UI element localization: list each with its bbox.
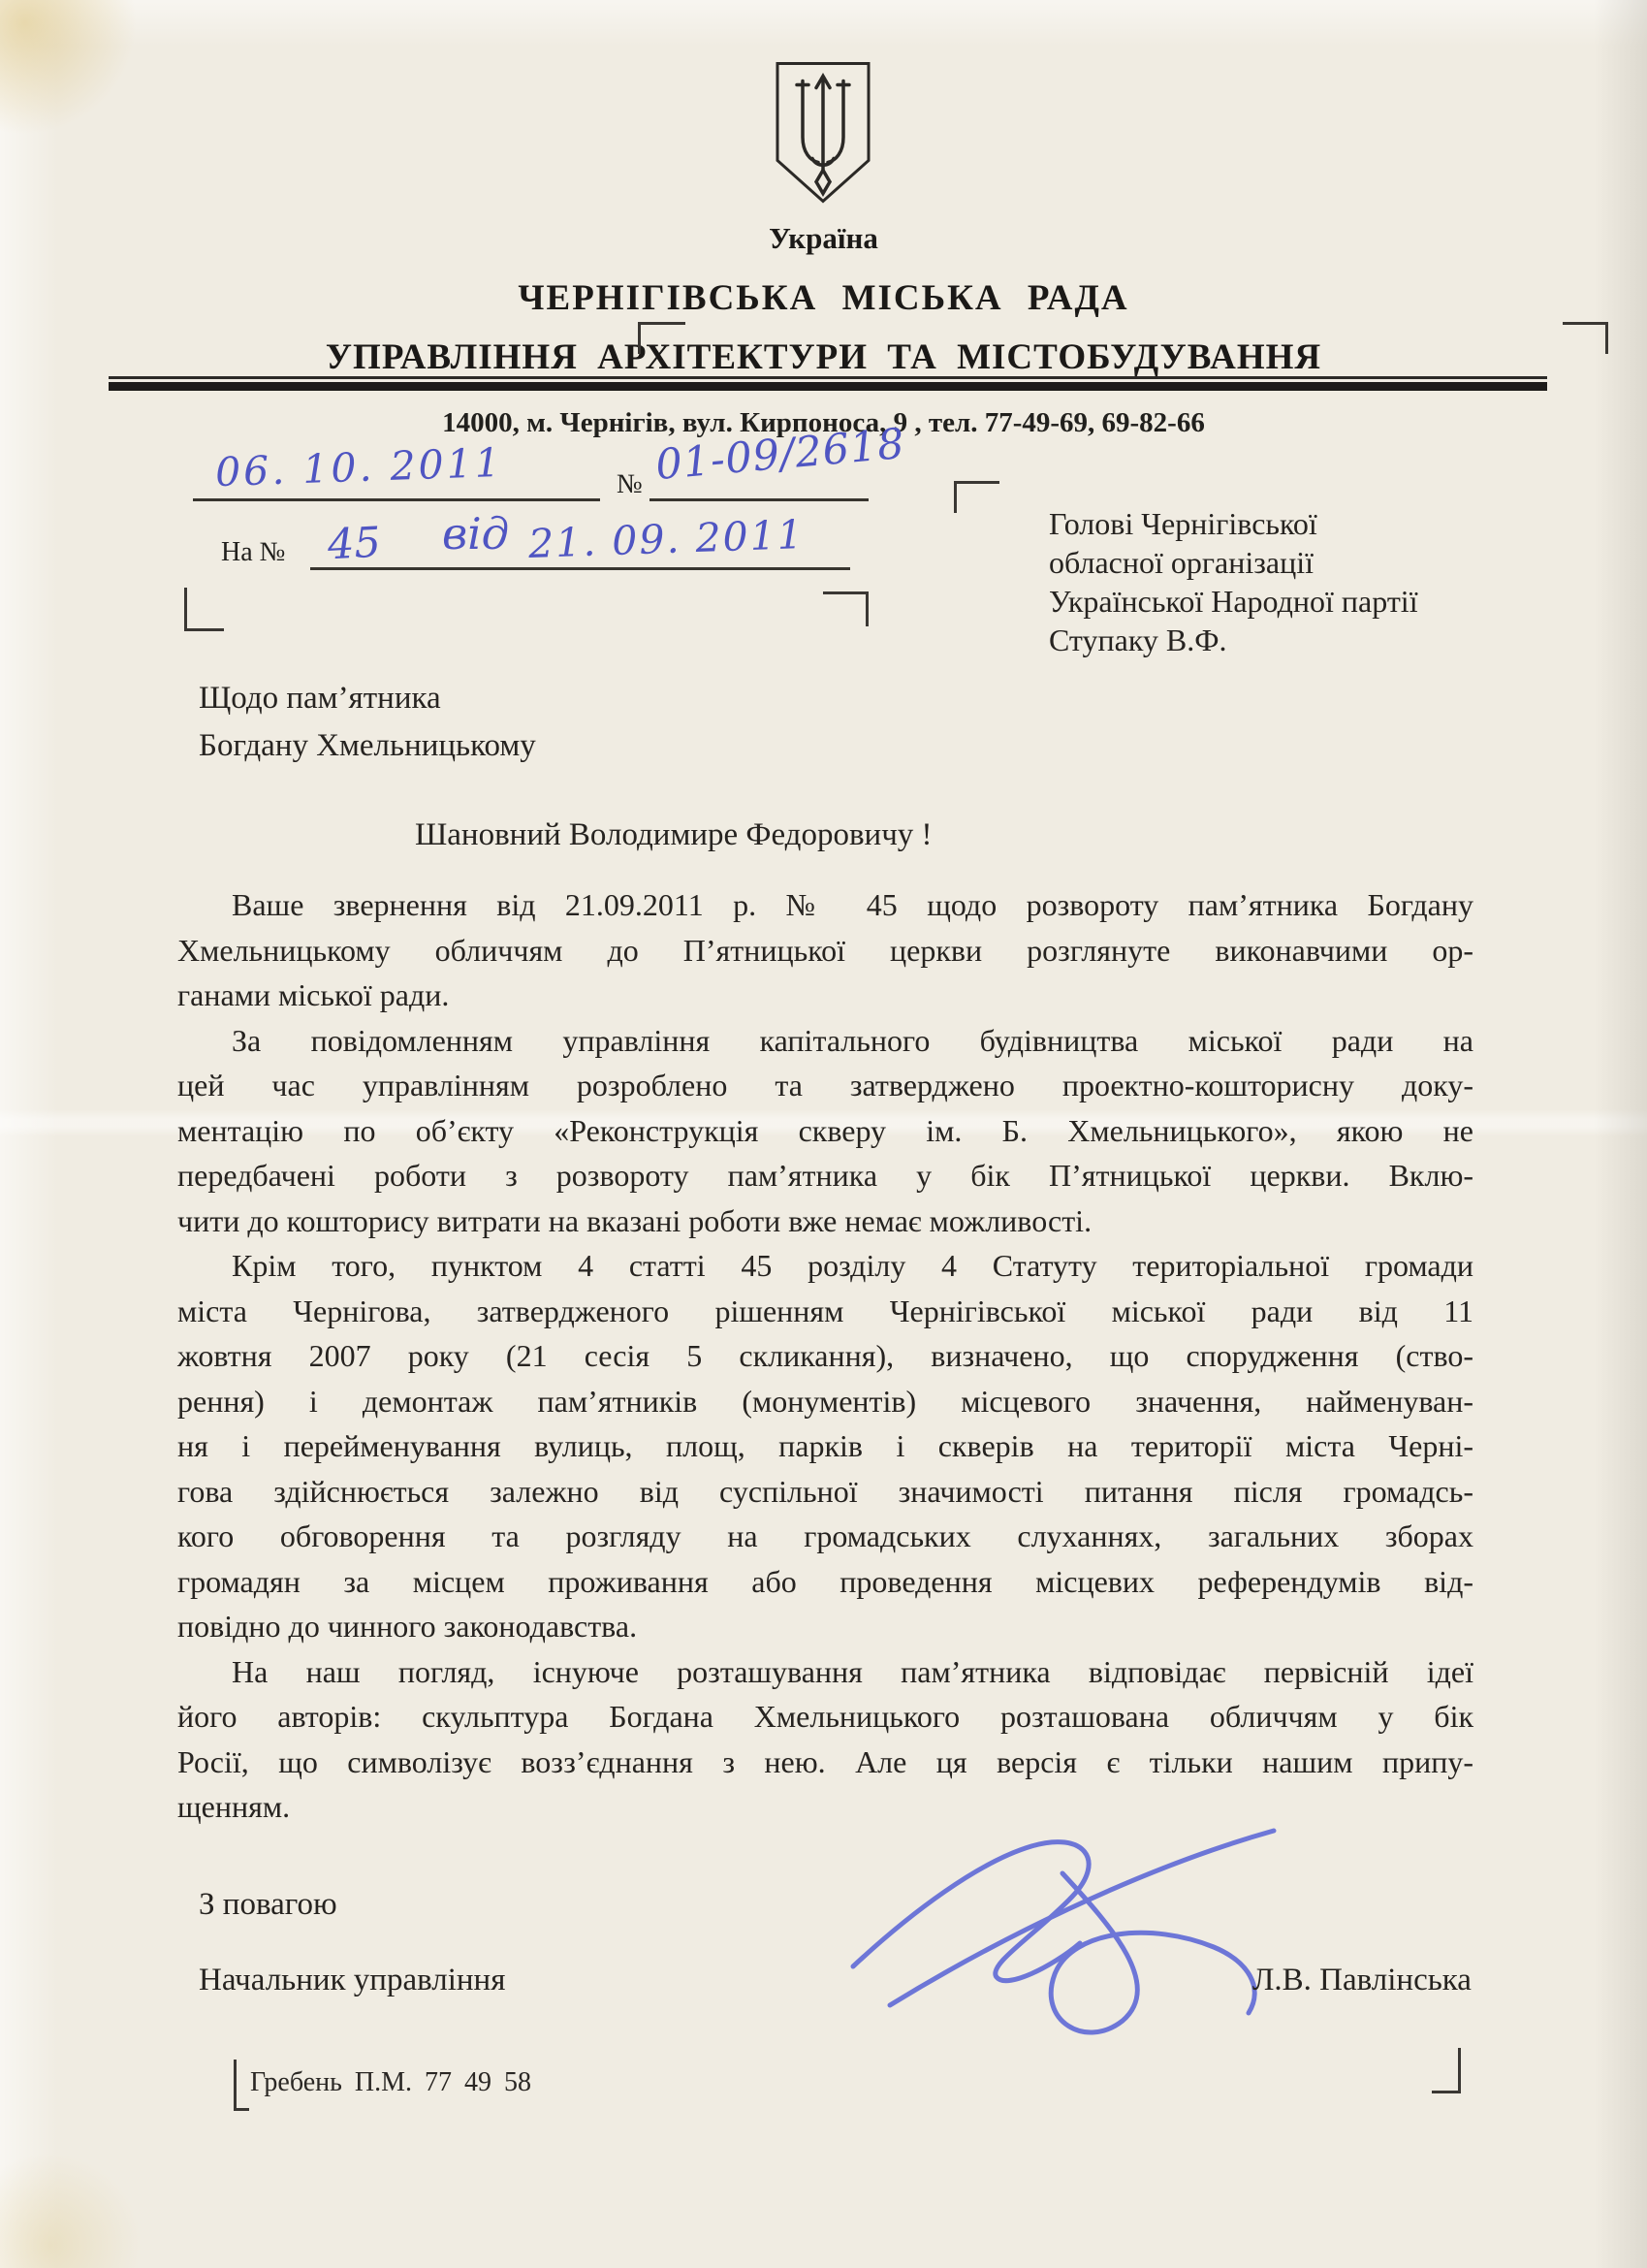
corner-mark-bottom-right [1432, 2048, 1461, 2093]
handwritten-outgoing-date: 06. 10. 2011 [214, 439, 503, 495]
recipient-block: Голові Чернігівськоїобласної організації… [1049, 504, 1553, 659]
letterhead-rule-thin [109, 376, 1547, 379]
closing-regards: З повагою [199, 1887, 337, 1923]
department-title: УПРАВЛІННЯ АРХІТЕКТУРИ ТА МІСТОБУДУВАННЯ [0, 336, 1647, 378]
number-underline [649, 498, 869, 501]
paragraph-3: Крім того, пунктом 4 статті 45 розділу 4… [177, 1243, 1473, 1649]
signer-name: Л.В. Павлінська [1252, 1963, 1472, 1998]
country-name: Україна [0, 221, 1647, 256]
ukraine-trident-emblem [768, 56, 878, 209]
date-underline [193, 498, 600, 501]
number-label: № [617, 469, 643, 500]
signature-autograph [826, 1819, 1301, 2063]
reply-to-label: На № [221, 537, 285, 568]
handwritten-from-word: від [442, 508, 509, 559]
corner-mark-top-left [638, 322, 685, 354]
paragraph-4: На наш погляд, існуюче розташування пам’… [177, 1649, 1473, 1830]
salutation: Шановний Володимире Федоровичу ! [415, 817, 933, 853]
signer-position: Начальник управління [199, 1963, 505, 1998]
corner-mark-top-right [1563, 322, 1608, 354]
letter-body: Ваше звернення від 21.09.2011 р. № 45 що… [177, 882, 1473, 1830]
paragraph-2: За повідомленням управління капітального… [177, 1018, 1473, 1244]
paragraph-1: Ваше звернення від 21.09.2011 р. № 45 що… [177, 882, 1473, 1018]
letterhead-rule-thick [109, 382, 1547, 391]
corner-mark-bottom-left [184, 588, 224, 631]
subject-block: Щодо пам’ятникаБогдану Хмельницькому [199, 675, 742, 770]
corner-mark-mid-right [823, 591, 869, 626]
executor-contact: Гребень П.М. 77 49 58 [250, 2067, 531, 2098]
corner-mark-mid-left [954, 481, 999, 513]
scanned-letter-page: Україна ЧЕРНІГІВСЬКА МІСЬКА РАДА УПРАВЛІ… [0, 0, 1647, 2268]
handwritten-reply-number: 45 [327, 519, 382, 570]
handwritten-reply-date: 21. 09. 2011 [527, 511, 805, 567]
reply-underline [310, 567, 850, 570]
corner-mark-footer-left [234, 2060, 249, 2111]
organization-title: ЧЕРНІГІВСЬКА МІСЬКА РАДА [0, 277, 1647, 319]
